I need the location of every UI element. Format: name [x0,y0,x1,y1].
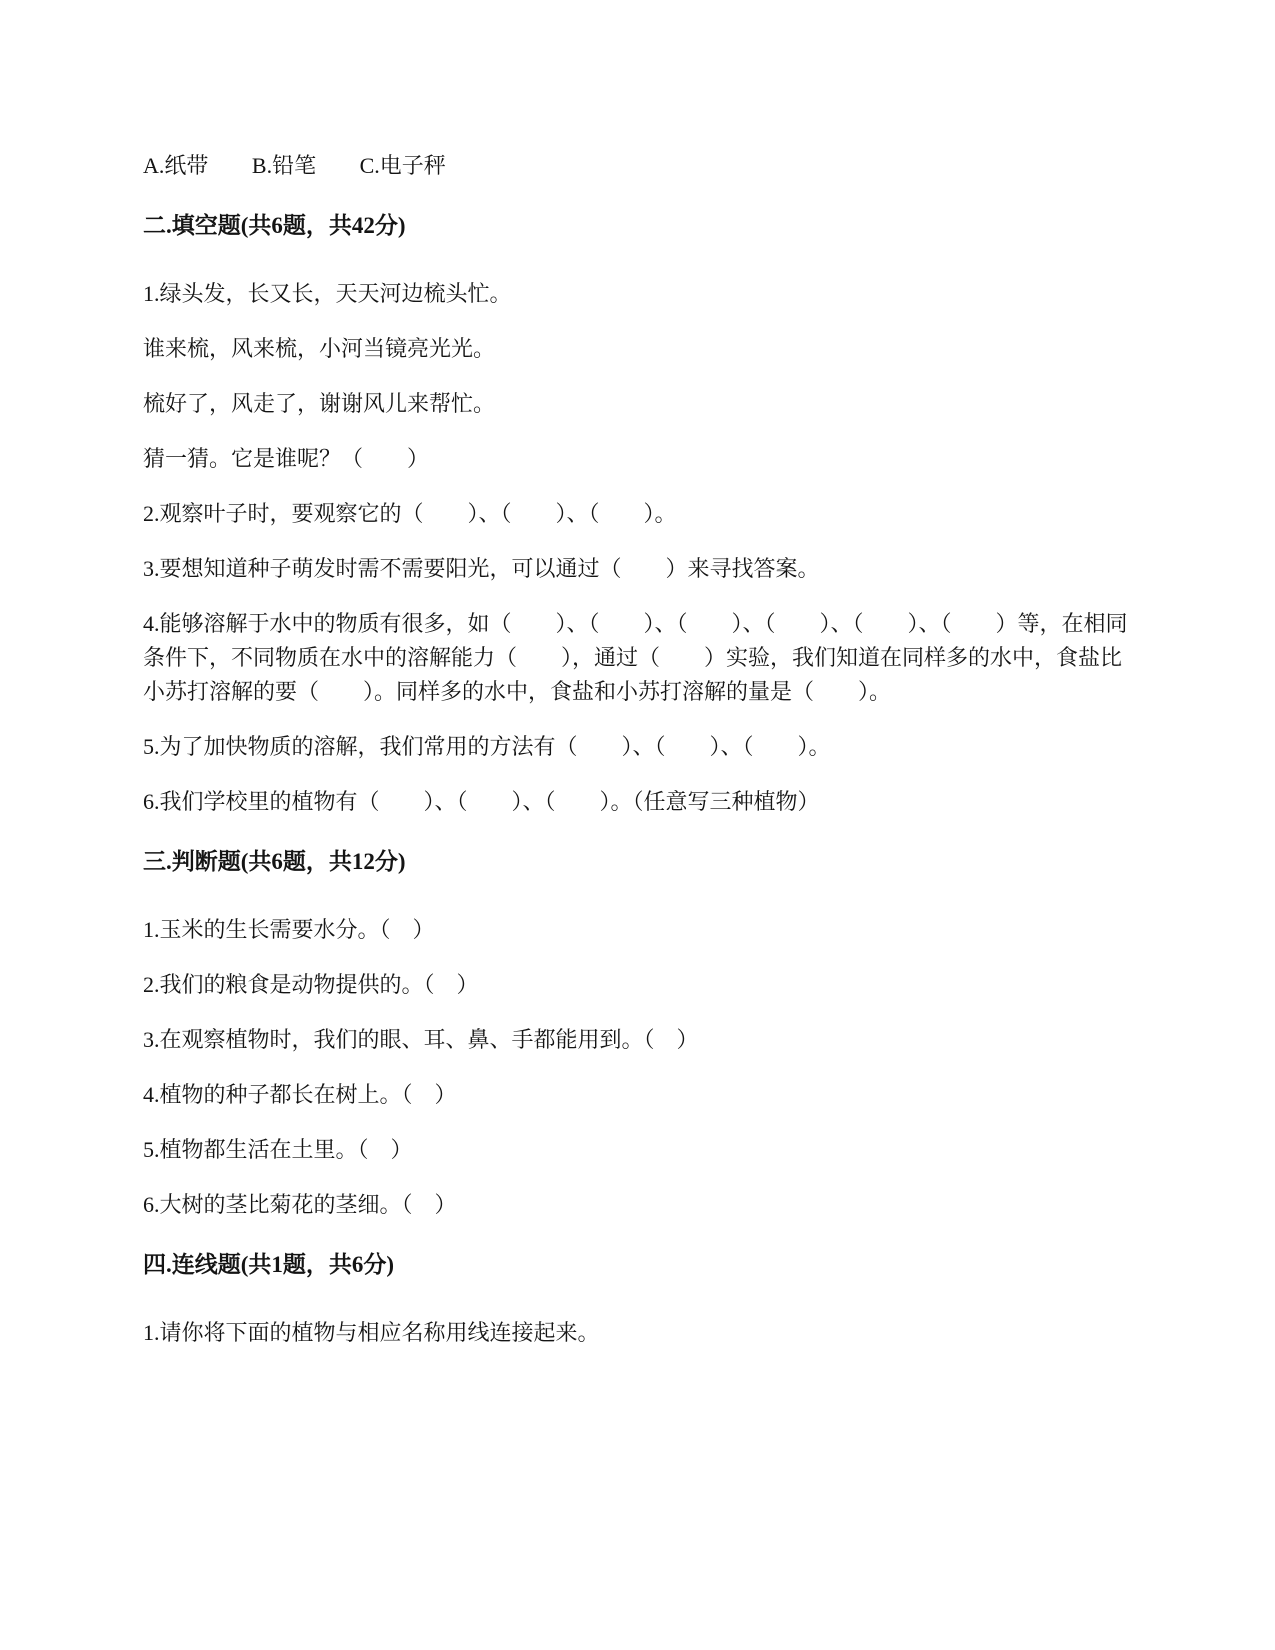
choice-options-row: A.纸带 B.铅笔 C.电子秤 [143,149,1143,183]
fill-blank-q4: 4.能够溶解于水中的物质有很多，如（ ）、（ ）、（ ）、（ ）、（ ）、（ ）… [143,607,1143,709]
true-false-q4: 4.植物的种子都长在树上。（ ） [143,1078,1143,1112]
true-false-q3: 3.在观察植物时，我们的眼、耳、鼻、手都能用到。（ ） [143,1023,1143,1057]
fill-blank-q6: 6.我们学校里的植物有（ ）、（ ）、（ ）。（任意写三种植物） [143,785,1143,819]
fill-blank-q1-line1: 1.绿头发，长又长，天天河边梳头忙。 [143,277,1143,311]
fill-blank-q3: 3.要想知道种子萌发时需不需要阳光，可以通过（ ）来寻找答案。 [143,552,1143,586]
fill-blank-q1-line2: 谁来梳，风来梳，小河当镜亮光光。 [143,332,1143,366]
choice-option-c: C.电子秤 [360,149,446,183]
choice-option-b: B.铅笔 [252,149,316,183]
section-true-false-heading: 三.判断题(共6题，共12分) [143,845,1143,879]
true-false-q5: 5.植物都生活在土里。（ ） [143,1133,1143,1167]
true-false-q2: 2.我们的粮食是动物提供的。（ ） [143,968,1143,1002]
exam-paper-page: A.纸带 B.铅笔 C.电子秤 二.填空题(共6题，共42分) 1.绿头发，长又… [0,0,1275,1650]
fill-blank-q1-line3: 梳好了，风走了，谢谢风儿来帮忙。 [143,387,1143,421]
fill-blank-q5: 5.为了加快物质的溶解，我们常用的方法有（ ）、（ ）、（ ）。 [143,730,1143,764]
section-fill-blank-heading: 二.填空题(共6题，共42分) [143,209,1143,243]
fill-blank-q1-line4: 猜一猜。它是谁呢？（ ） [143,442,1143,476]
section-matching-heading: 四.连线题(共1题，共6分) [143,1248,1143,1282]
matching-q1: 1.请你将下面的植物与相应名称用线连接起来。 [143,1316,1143,1350]
fill-blank-q2: 2.观察叶子时，要观察它的（ ）、（ ）、（ ）。 [143,497,1143,531]
choice-option-a: A.纸带 [143,149,208,183]
true-false-q6: 6.大树的茎比菊花的茎细。（ ） [143,1188,1143,1222]
true-false-q1: 1.玉米的生长需要水分。（ ） [143,913,1143,947]
